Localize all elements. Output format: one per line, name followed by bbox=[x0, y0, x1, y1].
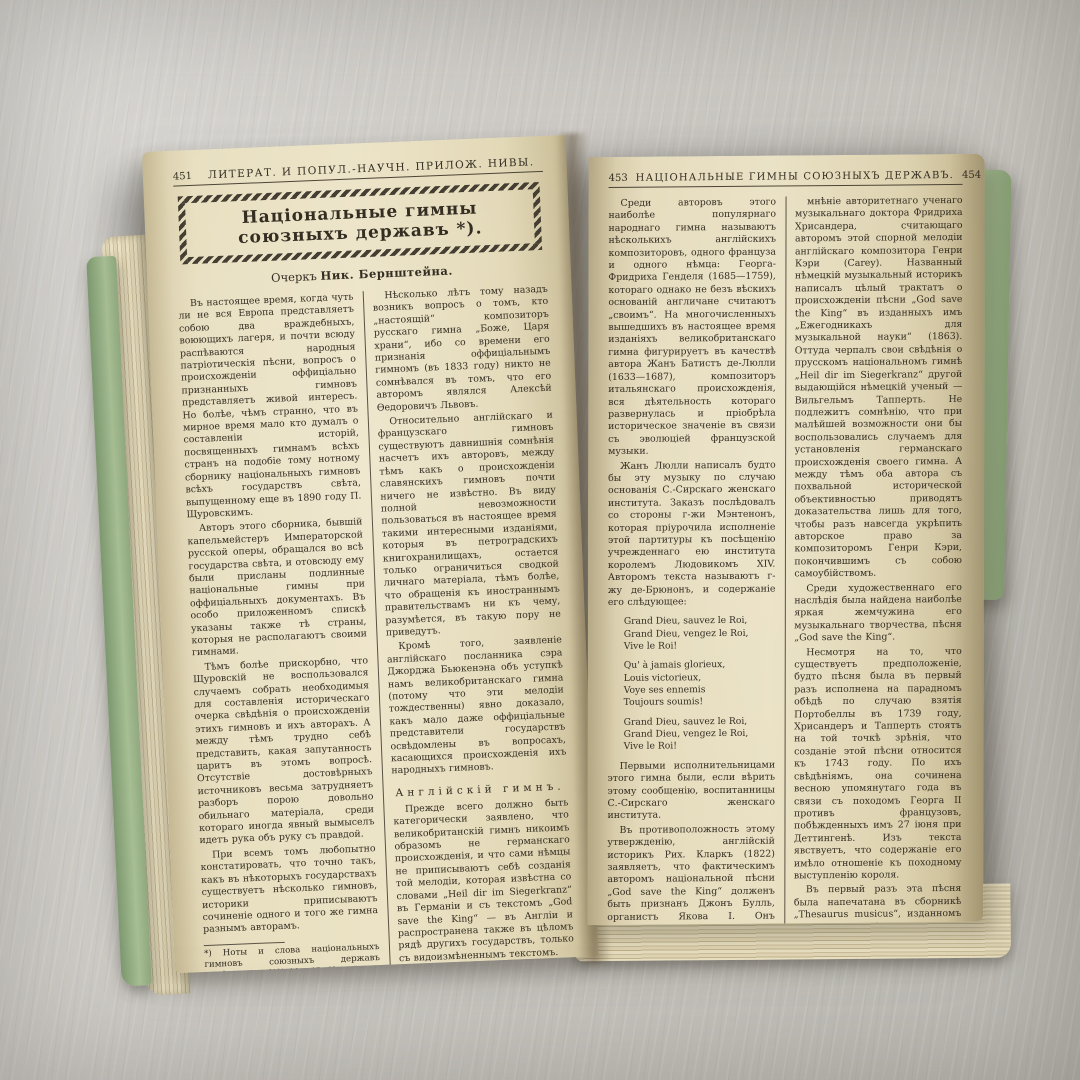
paragraph: Въ настоящее время, когда чуть ли не вся… bbox=[178, 292, 362, 522]
right-page-column-2: мнѣніе авторитетнаго ученаго музыкальнаг… bbox=[785, 195, 963, 925]
paragraph: Относительно англійскаго и французскаго … bbox=[377, 410, 561, 640]
right-page: 453 НАЦІОНАЛЬНЫЕ ГИМНЫ СОЮЗНЫХЪ ДЕРЖАВЪ.… bbox=[587, 154, 984, 925]
paragraph: Кромѣ того, заявленіе англійскаго послан… bbox=[386, 635, 567, 778]
verse-stanza: Grand Dieu, sauvez le Roi, Grand Dieu, v… bbox=[624, 715, 776, 753]
section-heading-english-anthem: Англійскій гимнъ. bbox=[392, 780, 568, 799]
left-running-head: 451 ЛИТЕРАТ. И ПОПУЛ.-НАУЧН. ПРИЛОЖ. НИВ… bbox=[173, 156, 543, 187]
right-page-number-right: 454 bbox=[962, 170, 981, 181]
left-page-columns: Въ настоящее время, когда чуть ли не вся… bbox=[178, 284, 575, 974]
article-byline: Очеркъ Ник. Бернштейна. bbox=[177, 260, 547, 289]
byline-prefix: Очеркъ bbox=[271, 269, 317, 285]
paragraph: Несмотря на то, что существуетъ предполо… bbox=[794, 646, 962, 883]
paragraph: Въ первый разъ эта пѣсня была напечатана… bbox=[794, 883, 962, 925]
article-title: Національные гимны союзныхъ державъ *). bbox=[238, 199, 483, 249]
paragraph: При всемъ томъ любопытно констатировать,… bbox=[200, 843, 379, 937]
book: 451 ЛИТЕРАТ. И ПОПУЛ.-НАУЧН. ПРИЛОЖ. НИВ… bbox=[84, 91, 1020, 996]
left-page: 451 ЛИТЕРАТ. И ПОПУЛ.-НАУЧН. ПРИЛОЖ. НИВ… bbox=[142, 135, 599, 973]
paragraph: Среди художественнаго его наслѣдія была … bbox=[794, 582, 962, 645]
right-page-columns: Среди авторовъ этого наиболѣе популярнаг… bbox=[607, 195, 963, 925]
french-anthem-verses: Grand Dieu, sauvez le Roi, Grand Dieu, v… bbox=[608, 615, 776, 754]
paragraph: Въ противоположность этому утвержденію, … bbox=[607, 823, 775, 925]
right-page-column-1: Среди авторовъ этого наиболѣе популярнаг… bbox=[607, 196, 786, 925]
paragraph: Прежде всего должно быть категорически з… bbox=[393, 797, 575, 965]
paragraph: Нѣсколько лѣтъ тому назадъ возникъ вопро… bbox=[372, 284, 552, 415]
paragraph: Среди авторовъ этого наиболѣе популярнаг… bbox=[608, 197, 776, 459]
byline-author: Ник. Бернштейна. bbox=[320, 264, 453, 283]
right-running-head: 453 НАЦІОНАЛЬНЫЕ ГИМНЫ СОЮЗНЫХЪ ДЕРЖАВЪ.… bbox=[609, 170, 963, 188]
left-col1-text: Въ настоящее время, когда чуть ли не вся… bbox=[178, 292, 379, 937]
article-title-box: Національные гимны союзныхъ державъ *). bbox=[178, 182, 542, 264]
paragraph: Жанъ Люлли написалъ будто бы эту музыку … bbox=[608, 459, 776, 609]
verse-stanza: Grand Dieu, sauvez le Roi, Grand Dieu, v… bbox=[624, 615, 776, 653]
right-page-number-left: 453 bbox=[609, 173, 628, 184]
left-page-column-2: Нѣсколько лѣтъ тому назадъ возникъ вопро… bbox=[363, 284, 575, 974]
left-page-number: 451 bbox=[173, 171, 193, 183]
left-col2-after-heading: Прежде всего должно быть категорически з… bbox=[393, 797, 575, 965]
left-col2-text: Нѣсколько лѣтъ тому назадъ возникъ вопро… bbox=[372, 284, 567, 778]
right-col1-text-after: Первыми исполнительницами этого гимна бы… bbox=[607, 759, 775, 925]
paragraph: Первыми исполнительницами этого гимна бы… bbox=[607, 759, 775, 822]
paragraph: Авторъ этого сборника, бывшій капельмейс… bbox=[187, 517, 368, 660]
verse-stanza: Qu' à jamais glorieux, Louis victorieux,… bbox=[624, 659, 776, 710]
photo-scene: 451 ЛИТЕРАТ. И ПОПУЛ.-НАУЧН. ПРИЛОЖ. НИВ… bbox=[0, 0, 1080, 1080]
paragraph: Тѣмъ болѣе прискорбно, что Щуровскій не … bbox=[192, 655, 375, 848]
right-col1-text: Среди авторовъ этого наиболѣе популярнаг… bbox=[608, 197, 776, 610]
paragraph: мнѣніе авторитетнаго ученаго музыкальнаг… bbox=[794, 195, 962, 581]
right-running-head-title: НАЦІОНАЛЬНЫЕ ГИМНЫ СОЮЗНЫХЪ ДЕРЖАВЪ. bbox=[636, 170, 954, 184]
right-col2-text: мнѣніе авторитетнаго ученаго музыкальнаг… bbox=[794, 195, 963, 925]
left-running-head-title: ЛИТЕРАТ. И ПОПУЛ.-НАУЧН. ПРИЛОЖ. НИВЫ. bbox=[200, 156, 543, 182]
left-page-column-1: Въ настоящее время, когда чуть ли не вся… bbox=[178, 291, 391, 973]
